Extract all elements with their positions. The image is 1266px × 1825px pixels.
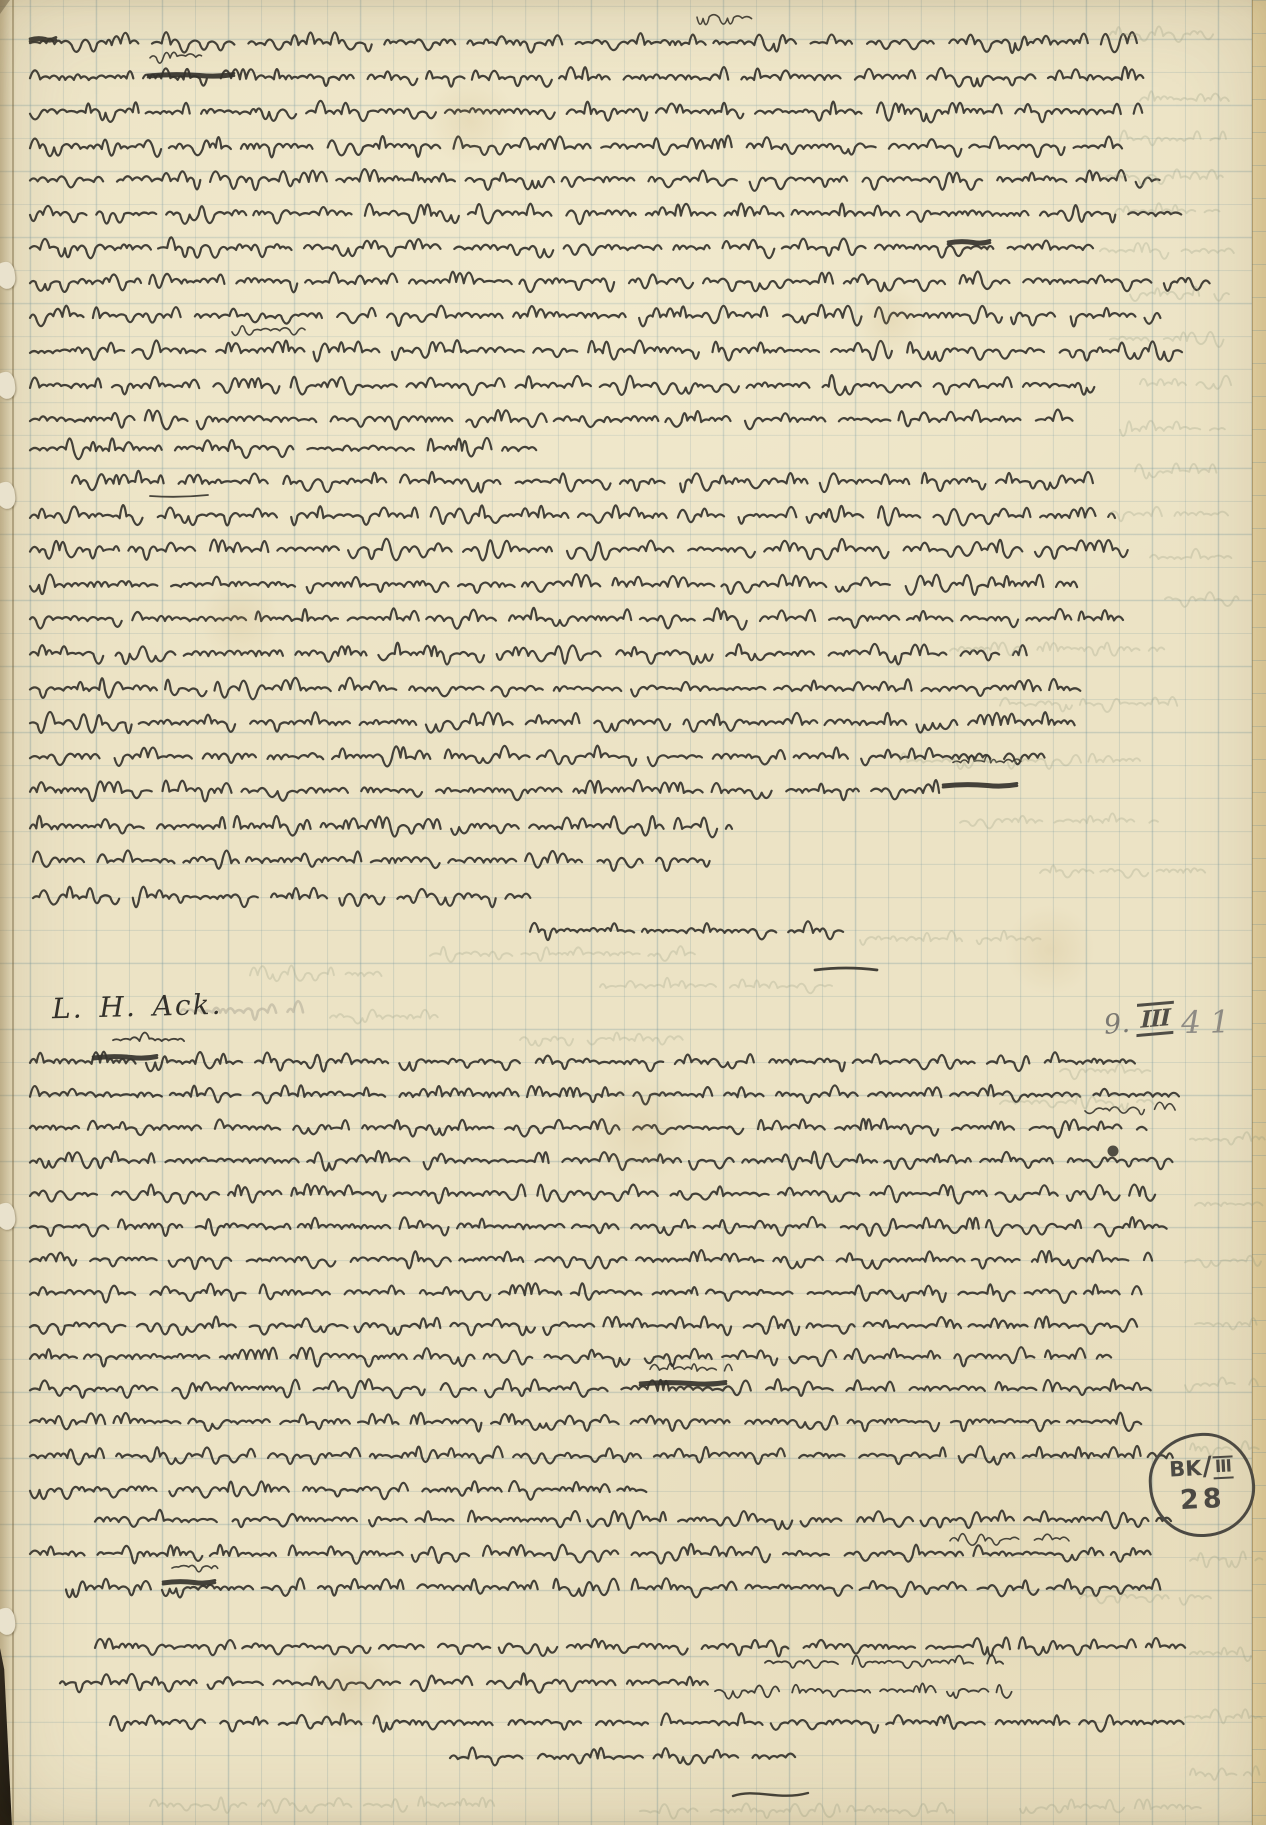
script-line [30, 169, 1160, 191]
script-line [30, 780, 939, 801]
bleedthrough-ghost-line [1150, 549, 1231, 559]
underline-mark [150, 495, 208, 497]
bleedthrough-ghost-line [1140, 91, 1229, 101]
script-line [33, 850, 710, 870]
inserted-word [950, 1534, 1069, 1546]
bleedthrough-ghost-line [1190, 1647, 1251, 1661]
strikethrough-mark [163, 1580, 215, 1584]
bleedthrough-ghost-line [250, 966, 382, 982]
strikethrough-mark [93, 1055, 157, 1059]
bleedthrough-ghost-line [1190, 1766, 1259, 1780]
script-line [30, 340, 1182, 361]
handwriting-layer [0, 0, 1266, 1825]
script-line [30, 574, 1077, 595]
bleedthrough-ghost-line [150, 1797, 494, 1813]
strikethrough-mark [30, 37, 56, 41]
script-line [30, 305, 1160, 326]
letter-page: L. H. Ack. 9. III 41 BK / III 28 [0, 0, 1266, 1825]
strikethrough-mark [948, 240, 990, 244]
bleedthrough-ghost-line [430, 946, 695, 962]
bleedthrough-ghost-line [1040, 865, 1205, 877]
script-line [30, 1250, 1152, 1269]
bleedthrough-ghost-line [1110, 332, 1224, 347]
script-line [110, 1713, 1184, 1733]
script-line [30, 678, 1080, 700]
bleedthrough-ghost-line [1185, 1709, 1262, 1723]
script-line [30, 1316, 1137, 1335]
inserted-word [650, 1363, 732, 1371]
signature-name: L. H. Ack. [52, 988, 223, 1025]
bleedthrough-ghost-line [1195, 1318, 1257, 1329]
inserted-word [232, 326, 305, 336]
date-year: 41 [1181, 1004, 1239, 1041]
bleedthrough-ghost-line [1195, 1202, 1262, 1206]
script-line [33, 887, 530, 908]
script-line [30, 136, 1122, 158]
script-line [30, 1544, 1151, 1564]
script-line [30, 712, 1075, 733]
script-line [95, 1637, 1185, 1656]
date-month-roman: III [1136, 1001, 1174, 1037]
script-line [30, 746, 1045, 767]
bleedthrough-ghost-line [600, 978, 832, 993]
script-line [72, 471, 1093, 493]
script-line [30, 1052, 1135, 1072]
script-line [715, 1683, 1012, 1698]
script-line [113, 1033, 184, 1042]
script-line [30, 375, 1094, 395]
bleedthrough-ghost-line [1100, 243, 1234, 259]
separator-dash [815, 968, 877, 970]
bleedthrough-ghost-line [1140, 376, 1231, 389]
strikethrough-mark [640, 1381, 726, 1385]
script-line [30, 1413, 1141, 1432]
inserted-word [697, 15, 752, 25]
bleedthrough-ghost-line [1110, 507, 1228, 521]
script-line [30, 1151, 1172, 1171]
bleedthrough-ghost-line [1190, 1551, 1262, 1567]
bleedthrough-ghost-line [1120, 421, 1225, 436]
stamp-prefix: BK [1169, 1458, 1202, 1481]
script-line [765, 1655, 1003, 1668]
stamp-number: 28 [1179, 1483, 1226, 1516]
script-line [60, 1673, 708, 1692]
bleedthrough-ghost-line [640, 1803, 953, 1819]
bleedthrough-ghost-line [860, 931, 1041, 945]
bleedthrough-ghost-line [1000, 697, 1177, 712]
script-line [30, 101, 1142, 123]
script-line [30, 643, 1027, 665]
bleedthrough-ghost-line [520, 1033, 683, 1046]
script-line [30, 1347, 1111, 1367]
stamp-code: BK / III [1169, 1453, 1234, 1482]
script-line [30, 1184, 1155, 1203]
bleedthrough-ghost-line [1020, 1799, 1201, 1813]
ink-blot [1108, 1146, 1119, 1157]
inserted-word [1085, 1102, 1175, 1114]
script-line [30, 438, 536, 459]
script-line [30, 1446, 1173, 1465]
bleedthrough-ghost-line [1080, 1594, 1211, 1604]
bleedthrough-ghost-line [1185, 1377, 1258, 1391]
script-line [66, 1578, 1160, 1597]
script-line [30, 204, 1181, 225]
bleedthrough-ghost-line [1185, 1256, 1261, 1268]
inserted-word [150, 52, 202, 63]
inserted-word [172, 1565, 218, 1571]
script-line [30, 1217, 1167, 1237]
script-line [30, 1119, 1147, 1138]
script-line [30, 410, 1073, 430]
bleedthrough-ghost-line [1060, 1064, 1150, 1079]
script-line [450, 1748, 795, 1766]
script-line [30, 539, 1128, 561]
script-line [30, 32, 1137, 53]
bleedthrough-ghost-line [1130, 287, 1229, 301]
bleedthrough-ghost-line [330, 1010, 438, 1024]
bleedthrough-ghost-line [1165, 592, 1239, 607]
bleedthrough-ghost-line [960, 813, 1158, 828]
script-line [30, 271, 1210, 292]
bleedthrough-ghost-line [1120, 131, 1226, 146]
date-day: 9. [1103, 1008, 1131, 1041]
script-line [30, 816, 732, 837]
script-line [530, 921, 843, 940]
script-line [30, 1481, 646, 1500]
stamp-roman: III [1212, 1455, 1233, 1479]
bleedthrough-ghost-line [950, 642, 1164, 655]
script-line [30, 505, 1115, 525]
script-line [30, 1283, 1142, 1303]
script-line [30, 608, 1123, 630]
bleedthrough-ghost-line [1135, 464, 1216, 479]
script-line [30, 1379, 1151, 1398]
strikethrough-mark [943, 783, 1017, 787]
bleedthrough-ghost-line [1190, 1132, 1265, 1144]
strikethrough-mark [148, 73, 234, 77]
script-line [30, 1085, 1179, 1104]
script-line [30, 237, 1093, 258]
script-line [95, 1510, 1171, 1530]
closing-flourish [733, 1793, 808, 1796]
stamp-separator: / [1202, 1453, 1213, 1479]
